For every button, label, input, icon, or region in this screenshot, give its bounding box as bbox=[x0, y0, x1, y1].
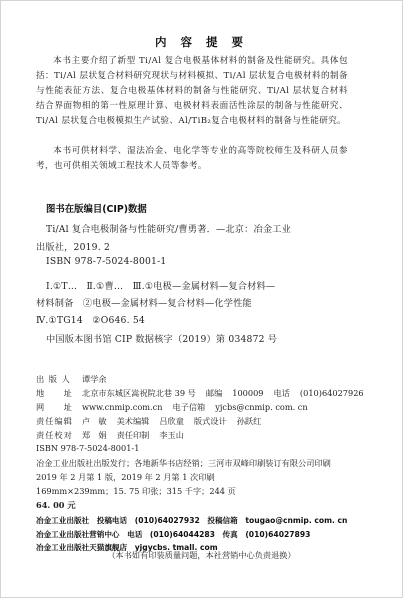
cip-line-subject-2: 材料制备 ②电极—金属材料—复合材料—化学性能 bbox=[36, 295, 252, 309]
proofreader-value: 郑 娟 bbox=[82, 430, 107, 440]
publisher-row: 出 版 人谭学余 bbox=[36, 374, 107, 385]
printing-label: 责任印制 bbox=[117, 430, 150, 440]
publisher-value: 谭学余 bbox=[82, 374, 107, 384]
email-value: yjcbs@cnmip. com. cn bbox=[215, 402, 307, 412]
summary-title: 内 容 提 要 bbox=[0, 34, 403, 50]
cip-line-isbn: ISBN 978-7-5024-8001-1 bbox=[46, 256, 166, 267]
editors-row: 责任编辑卢 敏美术编辑吕欣童版式设计孙跃红 bbox=[36, 416, 261, 427]
distribution-line: 冶金工业出版社出版发行；各地新华书店经销；三河市双峰印刷装订有限公司印刷 bbox=[36, 458, 331, 469]
editor-value: 卢 敏 bbox=[82, 416, 107, 426]
website-row: 网 址www.cnmip.com.cn电子信箱yjcbs@cnmip. com.… bbox=[36, 402, 308, 413]
publisher-label: 出 版 人 bbox=[36, 374, 82, 385]
postcode-value: 100009 bbox=[232, 388, 263, 398]
price-line: 64. 00 元 bbox=[36, 500, 76, 511]
editor-label: 责任编辑 bbox=[36, 416, 82, 427]
cip-heading: 图书在版编目(CIP)数据 bbox=[46, 201, 147, 215]
cip-line-subject-1: Ⅰ.①T… Ⅱ.①曹… Ⅲ.①电极—金属材料—复合材料— bbox=[46, 278, 275, 292]
email-label: 电子信箱 bbox=[172, 402, 205, 412]
edition-line: 2019 年 2 月第 1 版，2019 年 2 月第 1 次印刷 bbox=[36, 472, 215, 483]
cip-line-publisher: 出版社，2019. 2 bbox=[36, 239, 110, 253]
website-value: www.cnmip.com.cn bbox=[82, 402, 162, 412]
cip-line-title: Ti/Al 复合电极制备与性能研究/曹勇著．—北京：冶金工业 bbox=[46, 221, 291, 235]
summary-paragraph-2-text: 本书可供材料学、湿法冶金、电化学等专业的高等院校师生及科研人员参考，也可供相关领… bbox=[36, 146, 348, 171]
phone-label: 电话 bbox=[274, 388, 290, 398]
proofreader-label: 责任校对 bbox=[36, 430, 82, 441]
address-row: 地 址北京市东城区嵩祝院北巷 39 号邮编100009电话(010)640279… bbox=[36, 388, 364, 399]
summary-paragraph-1: 本书主要介绍了新型 Ti/Al 复合电极基体材料的制备及性能研究。具体包括：Ti… bbox=[36, 54, 348, 129]
art-editor-label: 美术编辑 bbox=[117, 416, 150, 426]
summary-paragraph-2: 本书可供材料学、湿法冶金、电化学等专业的高等院校师生及科研人员参考，也可供相关领… bbox=[36, 144, 348, 174]
cip-line-classification: Ⅳ.①TG14 ②O646. 54 bbox=[36, 312, 145, 326]
return-notice: （本书如有印装质量问题，本社营销中心负责退换） bbox=[0, 550, 403, 561]
address-value: 北京市东城区嵩祝院北巷 39 号 bbox=[82, 388, 196, 398]
website-label: 网 址 bbox=[36, 402, 82, 413]
layout-value: 孙跃红 bbox=[237, 416, 262, 426]
address-label: 地 址 bbox=[36, 388, 82, 399]
contact-marketing: 冶金工业出版社营销中心 电话 (010)64044283 传真 (010)640… bbox=[36, 529, 310, 540]
layout-label: 版式设计 bbox=[194, 416, 227, 426]
printing-value: 李玉山 bbox=[159, 430, 184, 440]
contact-submission: 冶金工业出版社 投稿电话 (010)64027932 投稿信箱 tougao@c… bbox=[36, 515, 347, 526]
isbn-line: ISBN 978-7-5024-8001-1 bbox=[36, 443, 139, 453]
art-editor-value: 吕欣童 bbox=[159, 416, 184, 426]
specs-line: 169mm×239mm；15. 75 印张；315 千字；244 页 bbox=[36, 486, 236, 497]
summary-paragraph-1-text: 本书主要介绍了新型 Ti/Al 复合电极基体材料的制备及性能研究。具体包括：Ti… bbox=[36, 56, 348, 126]
cip-library-note: 中国版本图书馆 CIP 数据核字（2019）第 034872 号 bbox=[46, 331, 277, 345]
postcode-label: 邮编 bbox=[206, 388, 222, 398]
proofreader-row: 责任校对郑 娟责任印制李玉山 bbox=[36, 430, 184, 441]
phone-value: (010)64027926 bbox=[300, 388, 364, 398]
